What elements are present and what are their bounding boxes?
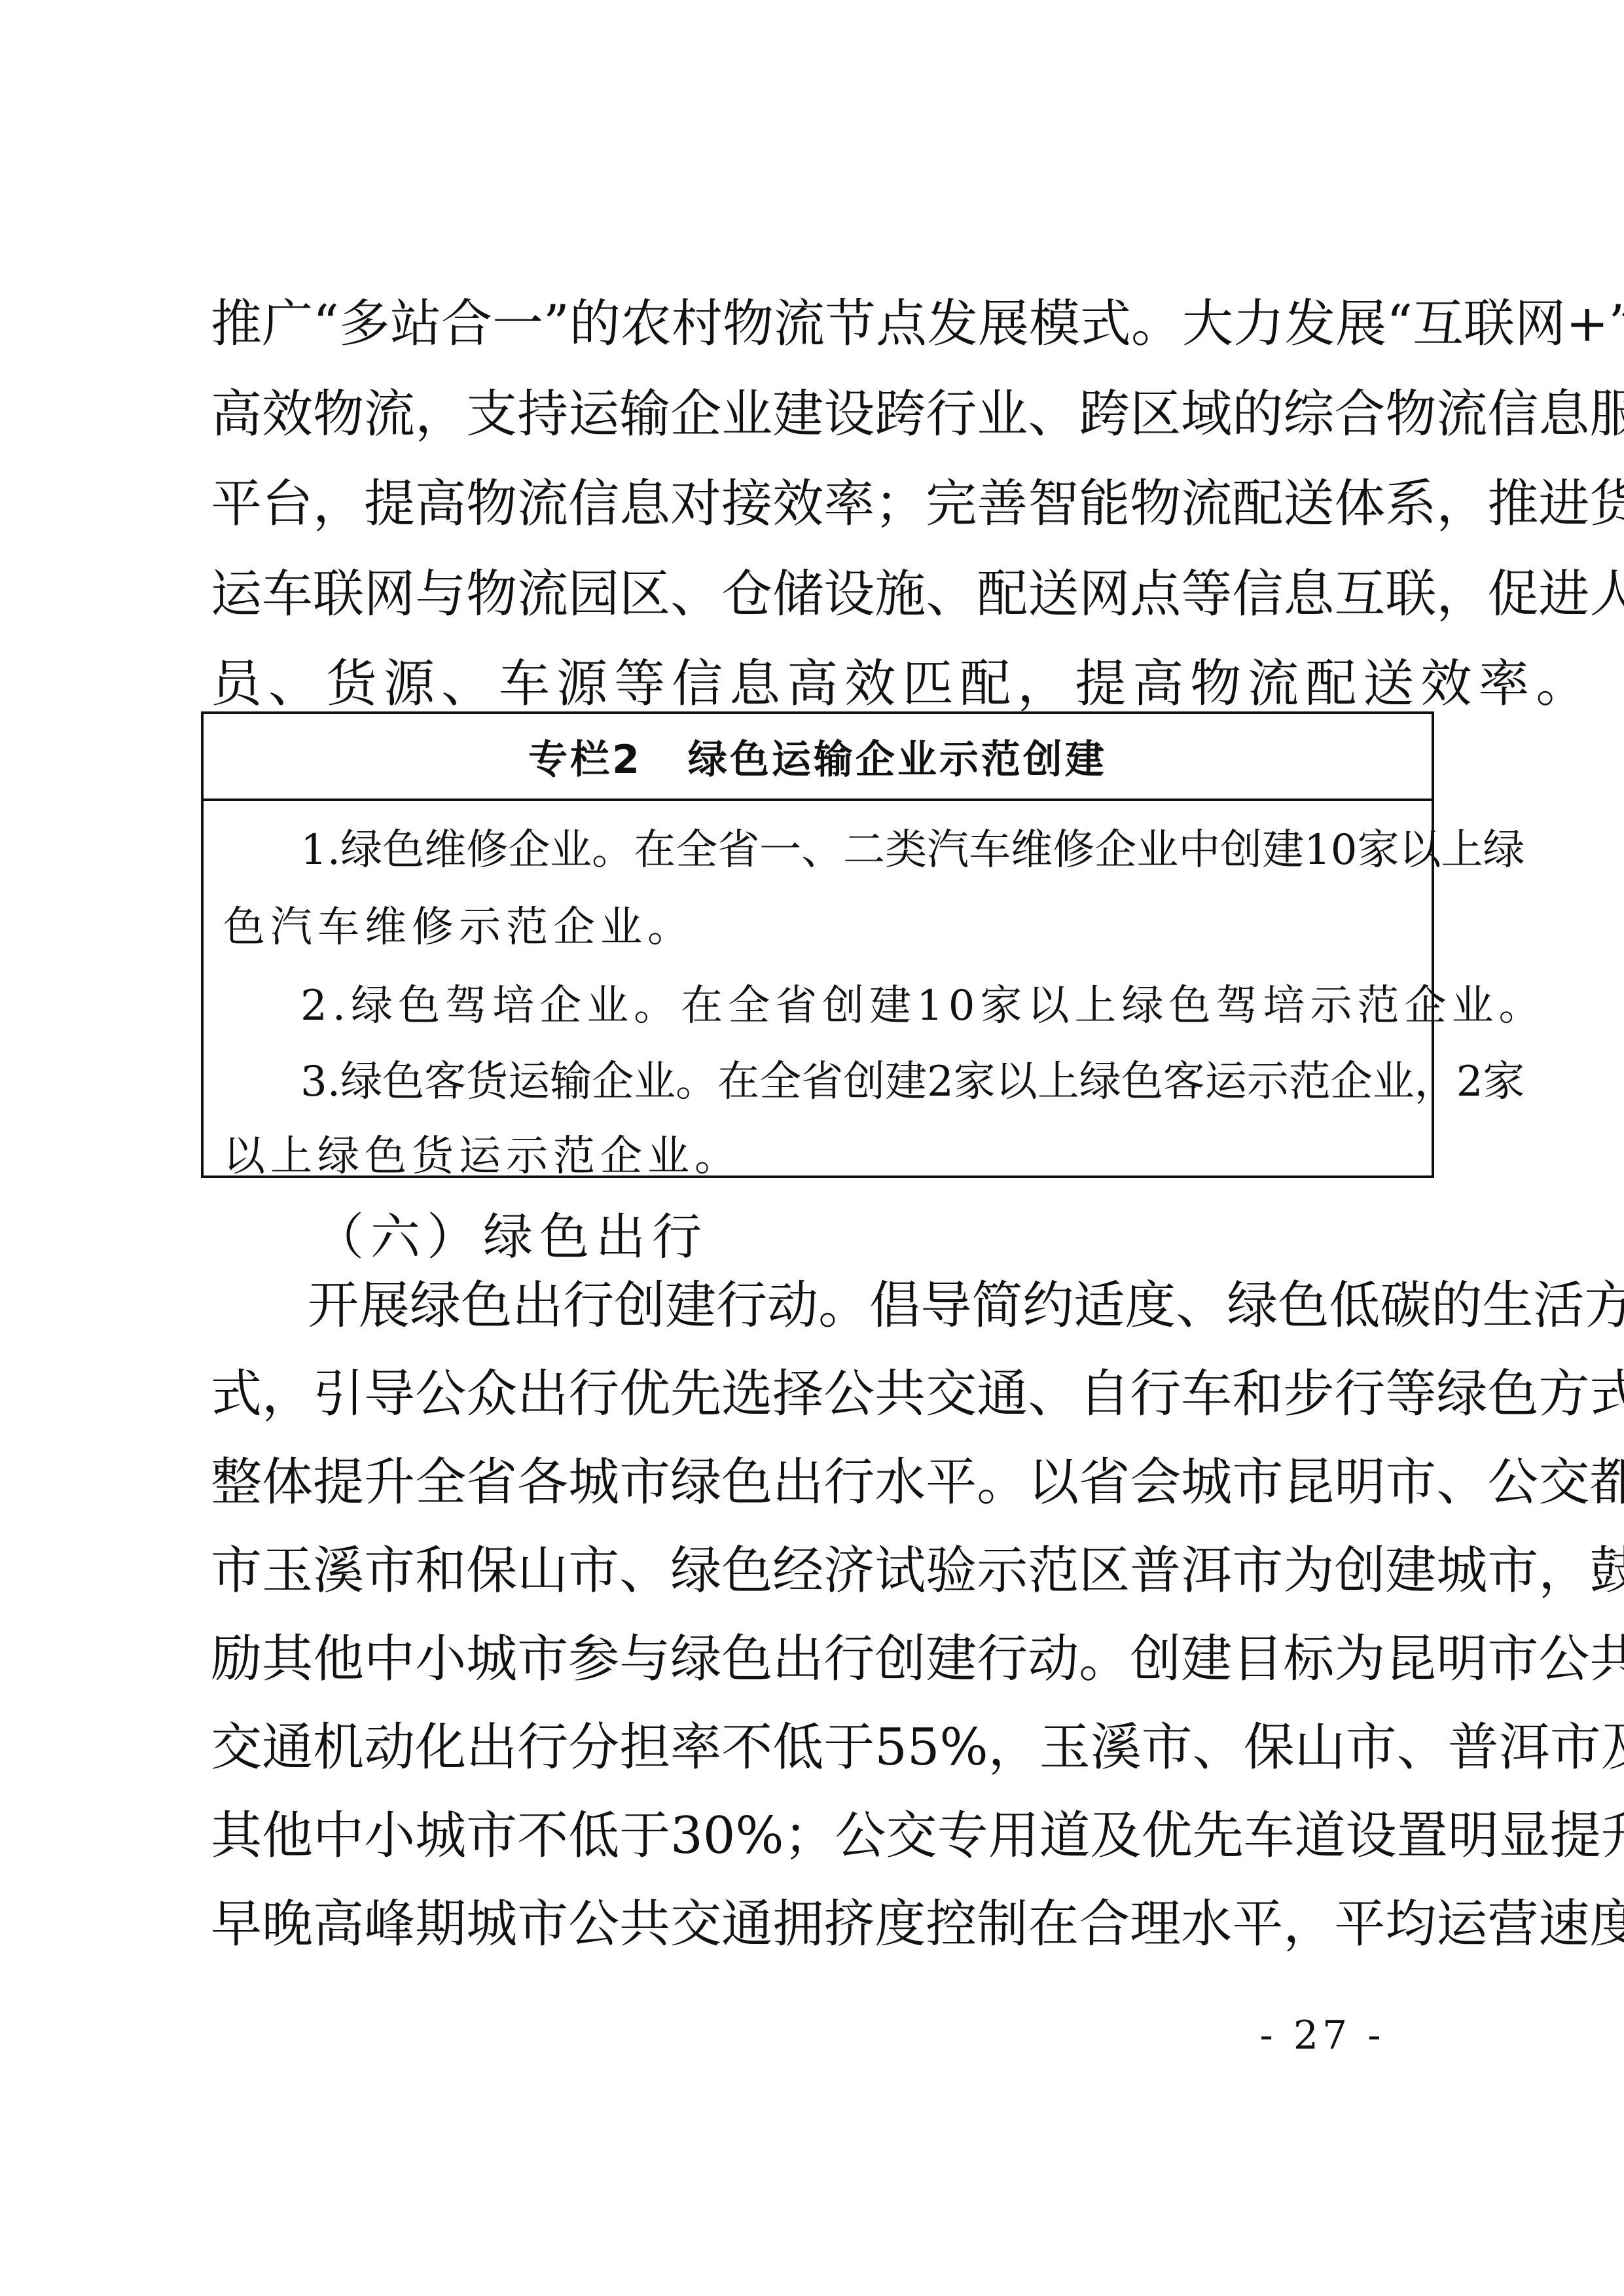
column-box-label: 专栏2 [528, 737, 642, 783]
section-line-1: 开展绿色出行创建行动。倡导简约适度、绿色低碳的生活方 [308, 1276, 1434, 1335]
column-box-divider [204, 798, 1432, 801]
column-box-title: 专栏2绿色运输企业示范创建 [204, 734, 1432, 786]
intro-line-1: 推广“多站合一”的农村物流节点发展模式。大力发展“互联网+” [211, 295, 1434, 353]
section-heading: （六）绿色出行 [314, 1208, 708, 1266]
section-line-4: 市玉溪市和保山市、绿色经济试验示范区普洱市为创建城市，鼓 [211, 1541, 1434, 1600]
column-item-1-line-1: 1.绿色维修企业。在全省一、二类汽车维修企业中创建10家以上绿 [300, 827, 1428, 874]
intro-line-4: 运车联网与物流园区、仓储设施、配送网点等信息互联，促进人 [211, 565, 1434, 624]
column-box-heading: 绿色运输企业示范创建 [688, 737, 1107, 783]
section-line-3: 整体提升全省各城市绿色出行水平。以省会城市昆明市、公交都 [211, 1453, 1434, 1512]
section-line-2: 式，引导公众出行优先选择公共交通、自行车和步行等绿色方式， [211, 1365, 1434, 1424]
column-item-3-line-1: 3.绿色客货运输企业。在全省创建2家以上绿色客运示范企业，2家 [300, 1058, 1428, 1105]
column-item-1-line-2: 色汽车维修示范企业。 [223, 904, 1428, 951]
page-number: - 27 - [1244, 2013, 1401, 2058]
section-line-8: 早晚高峰期城市公共交通拥挤度控制在合理水平，平均运营速度 [211, 1895, 1434, 1954]
column-item-3-line-2: 以上绿色货运示范企业。 [223, 1133, 1428, 1180]
column-item-2-line-1: 2.绿色驾培企业。在全省创建10家以上绿色驾培示范企业。 [300, 982, 1428, 1030]
section-line-6: 交通机动化出行分担率不低于55%，玉溪市、保山市、普洱市及 [211, 1718, 1434, 1777]
section-line-5: 励其他中小城市参与绿色出行创建行动。创建目标为昆明市公共 [211, 1630, 1434, 1689]
intro-line-3: 平台，提高物流信息对接效率；完善智能物流配送体系，推进货 [211, 475, 1434, 533]
intro-line-2: 高效物流，支持运输企业建设跨行业、跨区域的综合物流信息服务 [211, 385, 1434, 444]
section-line-7: 其他中小城市不低于30%；公交专用道及优先车道设置明显提升； [211, 1806, 1434, 1865]
column-box: 专栏2绿色运输企业示范创建 1.绿色维修企业。在全省一、二类汽车维修企业中创建1… [201, 711, 1434, 1178]
intro-line-5: 员、货源、车源等信息高效匹配，提高物流配送效率。 [211, 655, 1434, 713]
